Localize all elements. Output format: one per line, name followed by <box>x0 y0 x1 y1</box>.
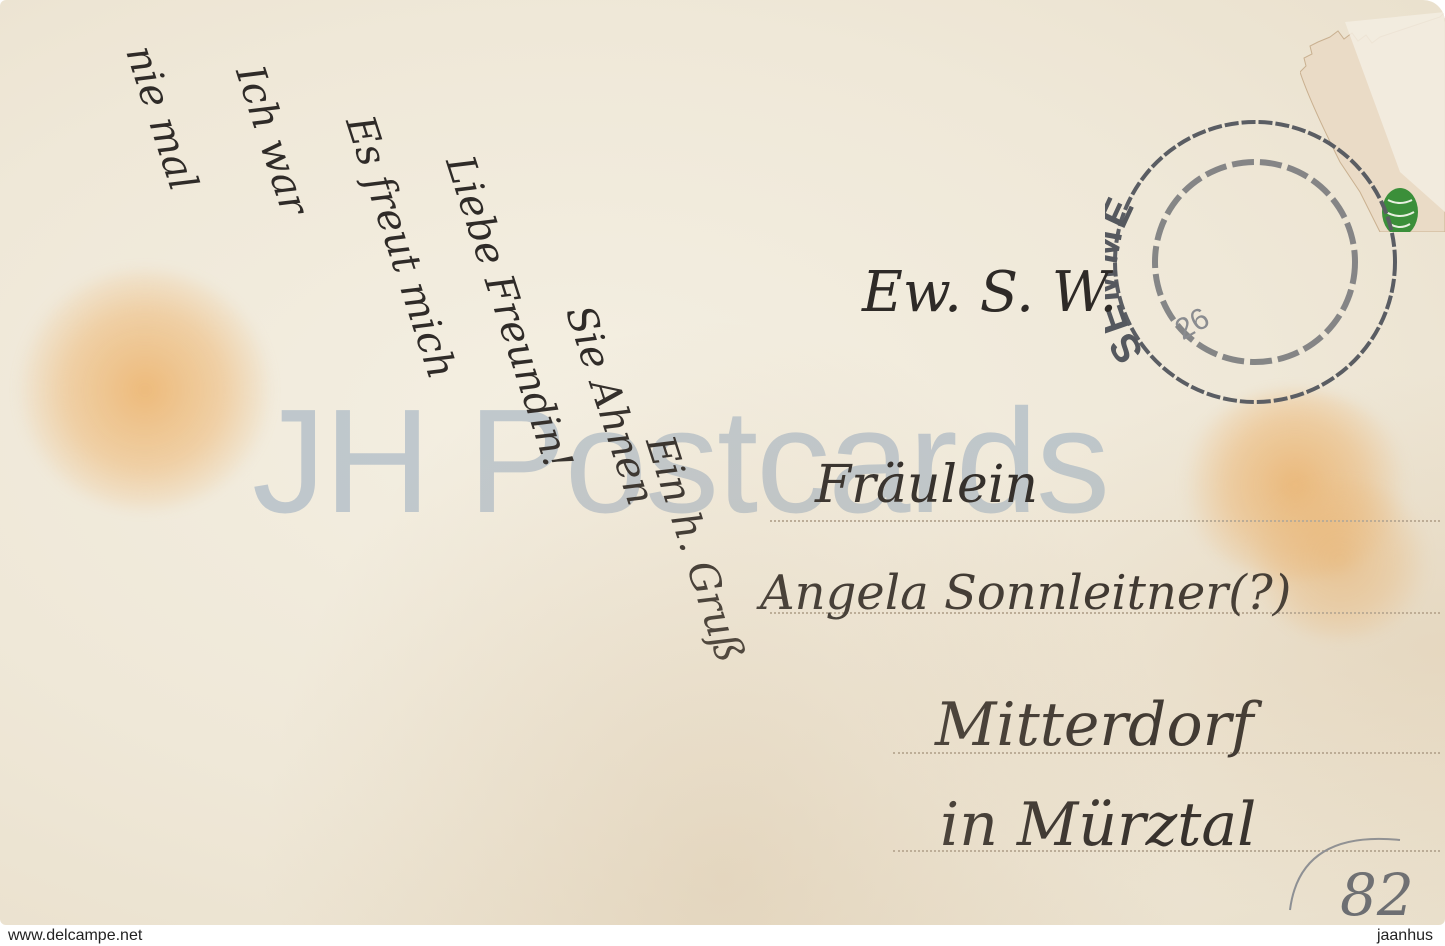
message-line: nie mal <box>116 40 206 196</box>
delcampe-credit[interactable]: www.delcampe.net <box>8 927 142 945</box>
address-line-4: in Mürztal <box>940 790 1256 860</box>
pencil-note: 82 <box>1340 861 1414 925</box>
pencil-note-circle-icon: 82 <box>1280 820 1445 925</box>
address-line-3: Mitterdorf <box>935 690 1253 760</box>
seller-credit: jaanhus <box>1377 927 1433 945</box>
address-line-1: Fräulein <box>815 455 1038 515</box>
address-salutation: Ew. S. W. <box>862 260 1117 325</box>
postmark-date: 26 <box>1170 301 1215 346</box>
postmark-icon: SEMME 26 <box>1105 112 1405 412</box>
message-line: Es freut mich <box>336 110 464 384</box>
postcard-back: JH Postcards SEMME 26 Ew. S. W. Fräulein… <box>0 0 1445 925</box>
foxing-stain <box>20 270 270 510</box>
message-line: Ich war <box>226 60 317 221</box>
address-line-2: Angela Sonnleitner(?) <box>760 565 1291 621</box>
address-line <box>770 520 1440 522</box>
